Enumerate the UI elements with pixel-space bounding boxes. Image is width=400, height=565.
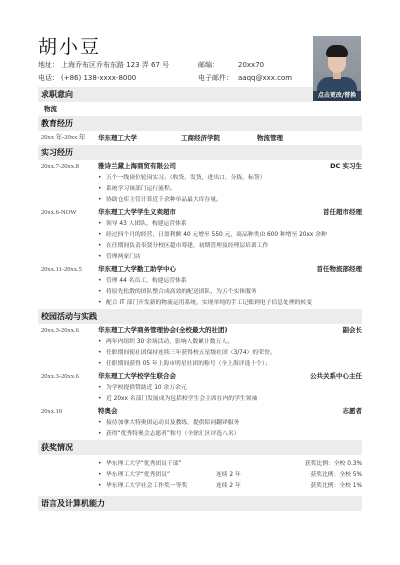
profile-photo[interactable]: 点击更改/替换: [313, 36, 361, 101]
section-education-header: 教育经历: [38, 116, 362, 131]
bullet-dot: •: [98, 470, 106, 481]
education-date: 20xx 年-20xx 年: [38, 131, 98, 145]
phone-label: 电话：: [38, 73, 61, 84]
entry-role: 首任物流部经理: [317, 263, 363, 276]
internship-entry: 20xx.7-20xx.8 雅诗兰黛上海商贸有限公司 DC 实习生 五个一线岗位…: [38, 160, 362, 206]
bullet-item: 在任期间负责奉贤分校区超市筹建，初期管理及经理层培训工作: [38, 241, 362, 252]
entry-role: 副会长: [343, 324, 363, 337]
award-ratio: 获奖比例：全校 0.3%: [276, 459, 362, 470]
bullet-item: 系统学习该部门运行流程。: [38, 184, 362, 195]
award-name: 华东理工大学“优秀团员干部”: [106, 459, 216, 470]
entry-role: DC 实习生: [330, 160, 362, 173]
entry-date: 20xx.10: [38, 405, 98, 418]
education-major: 物流管理: [257, 131, 283, 145]
bullet-item: 近 20xx 名部门发展成为包括校学生会主席在内的学生领袖: [38, 394, 362, 405]
objective-value: 物流: [38, 102, 362, 116]
award-duration: 连续 2 年: [216, 481, 276, 492]
section-objective-header: 求职意向: [38, 87, 313, 102]
bullet-item: 管理两家门店: [38, 252, 362, 263]
address-value: 上海乔布区乔布东路 123 弄 67 号: [61, 60, 198, 71]
entry-head: 20xx.3-20xx.6 华东理工大学校学生联合会 公共关系中心主任: [38, 370, 362, 383]
bullet-item: 协助仓库主管计算近千余种单品最大库存量。: [38, 195, 362, 206]
education-college: 工商经济学院: [181, 131, 257, 145]
bullet-item: 管理 44 名员工，构建运营体系: [38, 276, 362, 287]
internship-entry: 20xx.11-20xx.5 华东理工大学勤工助学中心 首任物流部经理 管理 4…: [38, 263, 362, 309]
section-internship-header: 实习经历: [38, 145, 362, 160]
entry-org: 特奥会: [98, 405, 343, 418]
bullet-item: 经过四个月的经营，日盈利额 40 元增至 550 元，商品种类由 600 种增至…: [38, 230, 362, 241]
entry-head: 20xx.3-20xx.6 华东理工大学商务管理协会(全校最大的社团) 副会长: [38, 324, 362, 337]
entry-role: 公共关系中心主任: [310, 370, 362, 383]
entry-role: 首任超市经理: [323, 206, 362, 219]
email-value: aaqq@xxx.com: [238, 73, 318, 84]
award-item: • 华东理工大学社会工作奖一等奖 连续 2 年 获奖比例：全校 1%: [38, 481, 362, 492]
entry-date: 20xx.3-20xx.6: [38, 324, 98, 337]
award-duration: [216, 459, 276, 470]
section-skills-header: 语言及计算机能力: [38, 496, 362, 511]
bullet-dot: •: [98, 481, 106, 492]
bullet-item: 配合 IT 部门开发新的物流运用系统，实现单纯的手工记账到电子信息处理的转变: [38, 298, 362, 309]
email-label: 电子邮件：: [198, 73, 238, 84]
campus-entry: 20xx.10 特奥会 志愿者 接待加拿大特奥团运动员及教练，提供陪同翻译服务 …: [38, 405, 362, 440]
award-ratio: 获奖比例：全校 5%: [276, 470, 362, 481]
bullet-item: 五个一线岗位轮岗实习。（收货，发货，进出口，分拣，标签）: [38, 173, 362, 184]
phone-value: (+86) 138-xxxx-8000: [61, 73, 198, 84]
resume-page: 胡小豆 地址： 上海乔布区乔布东路 123 弄 67 号 邮编： 20xx70 …: [38, 36, 362, 511]
bullet-item: 领导 43 人团队，构建运营体系: [38, 219, 362, 230]
zip-value: 20xx70: [238, 60, 318, 71]
award-name: 华东理工大学“优秀团员”: [106, 470, 216, 481]
change-photo-button[interactable]: 点击更改/替换: [313, 91, 361, 101]
entry-head: 20xx.10 特奥会 志愿者: [38, 405, 362, 418]
bullet-dot: •: [98, 459, 106, 470]
section-awards-header: 获奖情况: [38, 440, 362, 455]
internship-entry: 20xx.6-NOW 华东理工大学学生义卖超市 首任超市经理 领导 43 人团队…: [38, 206, 362, 263]
entry-head: 20xx.6-NOW 华东理工大学学生义卖超市 首任超市经理: [38, 206, 362, 219]
entry-date: 20xx.7-20xx.8: [38, 160, 98, 173]
bullet-item: 任职期间获得 05 年上海市明星社团的称号（全上海评选十个）；: [38, 359, 362, 370]
section-campus-header: 校园活动与实践: [38, 309, 362, 324]
bullet-item: 为学校提供赞助近 10 余万余元: [38, 383, 362, 394]
education-row: 20xx 年-20xx 年 华东理工大学 工商经济学院 物流管理: [38, 131, 362, 145]
entry-head: 20xx.7-20xx.8 雅诗兰黛上海商贸有限公司 DC 实习生: [38, 160, 362, 173]
address-label: 地址：: [38, 60, 61, 71]
bullet-item: 将原先松散的团队整合成高效的配送团队，为五个实体服务: [38, 287, 362, 298]
bullet-item: 两年内组织 30 余场活动，影响人数累计数万人。: [38, 337, 362, 348]
award-item: • 华东理工大学“优秀团员” 连续 2 年 获奖比例：全校 5%: [38, 470, 362, 481]
award-duration: 连续 2 年: [216, 470, 276, 481]
entry-org: 华东理工大学勤工助学中心: [98, 263, 317, 276]
entry-date: 20xx.6-NOW: [38, 206, 98, 219]
bullet-item: 获得“优秀特奥会志愿者”称号（全徐汇区评选八名）: [38, 429, 362, 440]
education-school: 华东理工大学: [98, 131, 181, 145]
entry-org: 雅诗兰黛上海商贸有限公司: [98, 160, 330, 173]
entry-org: 华东理工大学校学生联合会: [98, 370, 310, 383]
campus-entry: 20xx.3-20xx.6 华东理工大学校学生联合会 公共关系中心主任 为学校提…: [38, 370, 362, 405]
zip-label: 邮编：: [198, 60, 238, 71]
entry-date: 20xx.11-20xx.5: [38, 263, 98, 276]
entry-role: 志愿者: [343, 405, 363, 418]
award-item: • 华东理工大学“优秀团员干部” 获奖比例：全校 0.3%: [38, 459, 362, 470]
award-name: 华东理工大学社会工作奖一等奖: [106, 481, 216, 492]
entry-org: 华东理工大学学生义卖超市: [98, 206, 323, 219]
entry-date: 20xx.3-20xx.6: [38, 370, 98, 383]
entry-org: 华东理工大学商务管理协会(全校最大的社团): [98, 324, 343, 337]
bullet-item: 接待加拿大特奥团运动员及教练，提供陪同翻译服务: [38, 418, 362, 429]
campus-entry: 20xx.3-20xx.6 华东理工大学商务管理协会(全校最大的社团) 副会长 …: [38, 324, 362, 370]
bullet-item: 任职期间使社团保持连续三年获得校五星级社团（3/74）的荣誉。: [38, 348, 362, 359]
entry-head: 20xx.11-20xx.5 华东理工大学勤工助学中心 首任物流部经理: [38, 263, 362, 276]
award-ratio: 获奖比例：全校 1%: [276, 481, 362, 492]
photo-hair: [326, 45, 348, 57]
